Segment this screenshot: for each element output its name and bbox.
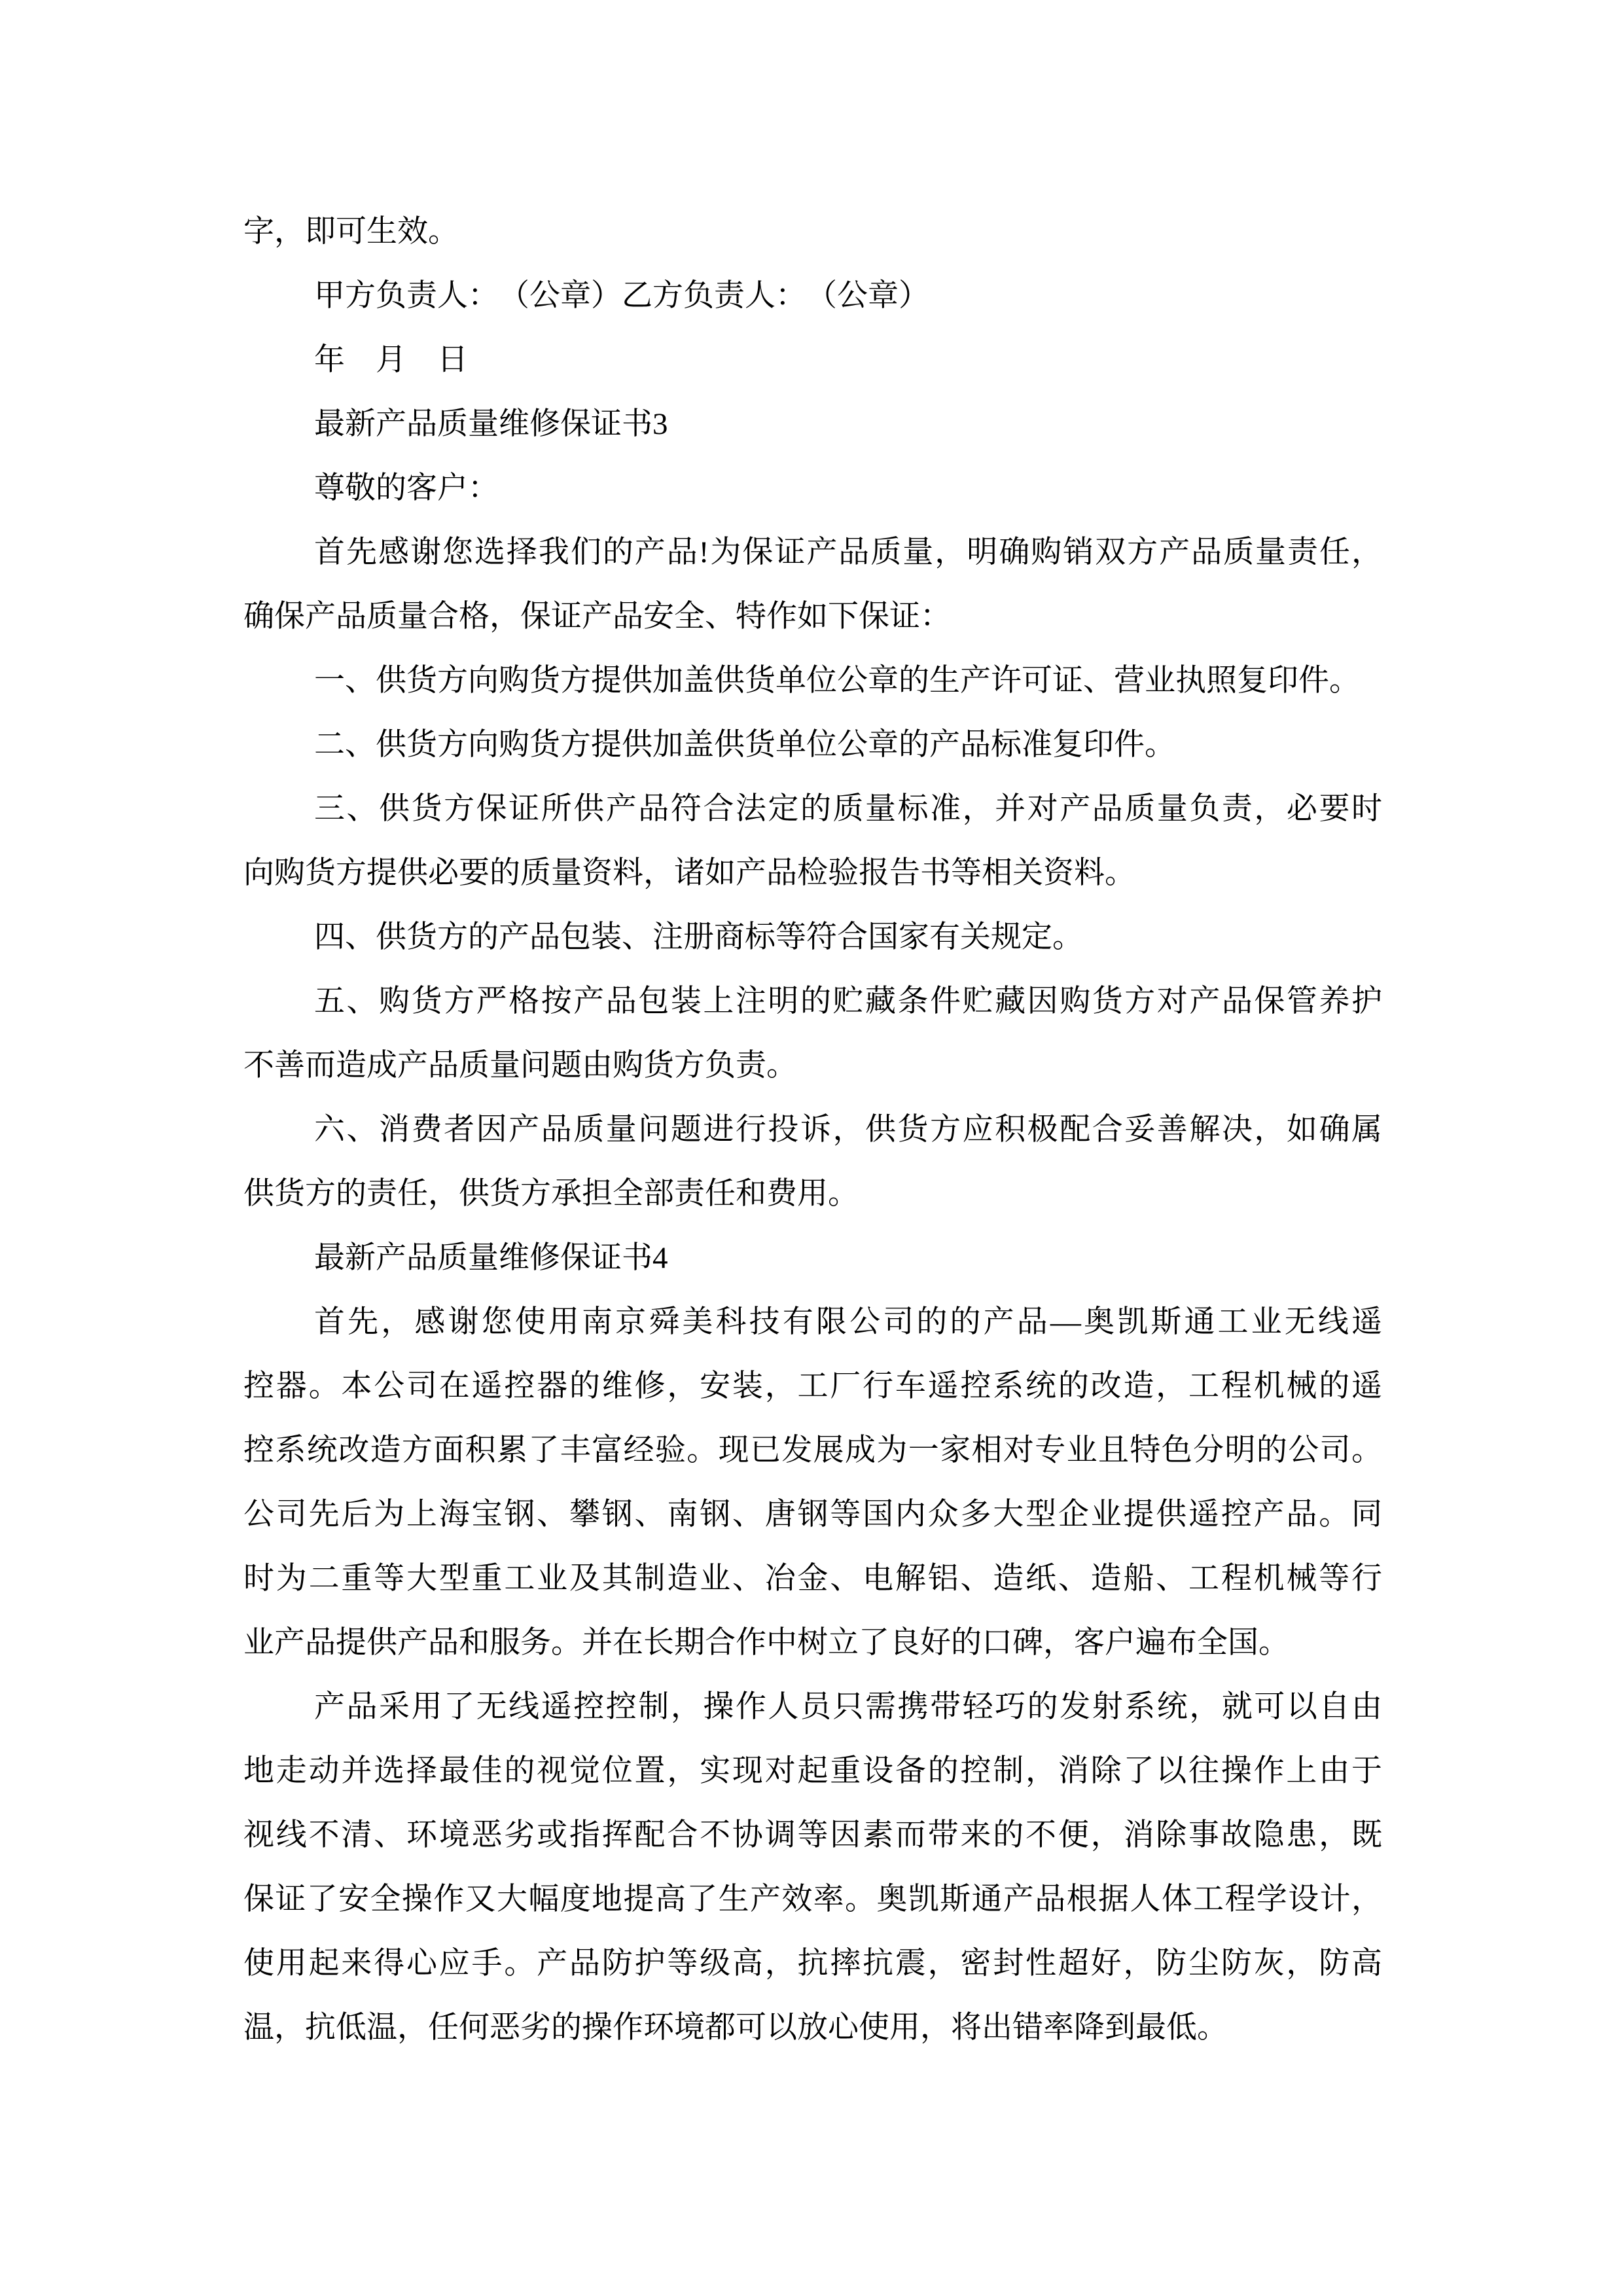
text-line: 四、供货方的产品包装、注册商标等符合国家有关规定。 (243, 905, 1382, 969)
text-line: 时为二重等大型重工业及其制造业、冶金、电解铝、造纸、造船、工程机械等行 (243, 1547, 1382, 1611)
text-line: 年 月 日 (243, 328, 1382, 392)
text-line: 公司先后为上海宝钢、攀钢、南钢、唐钢等国内众多大型企业提供遥控产品。同 (243, 1482, 1382, 1547)
text-line: 向购货方提供必要的质量资料，诸如产品检验报告书等相关资料。 (243, 841, 1382, 905)
text-line: 首先感谢您选择我们的产品!为保证产品质量，明确购销双方产品质量责任， (243, 520, 1382, 584)
text-line: 保证了安全操作又大幅度地提高了生产效率。奥凯斯通产品根据人体工程学设计， (243, 1867, 1382, 1931)
text-line: 尊敬的客户： (243, 456, 1382, 520)
text-line: 业产品提供产品和服务。并在长期合作中树立了良好的口碑，客户遍布全国。 (243, 1611, 1382, 1675)
document-page: 字，即可生效。甲方负责人： （公章）乙方负责人： （公章）年 月 日最新产品质量… (0, 0, 1623, 2296)
text-line: 温，抗低温，任何恶劣的操作环境都可以放心使用，将出错率降到最低。 (243, 1996, 1382, 2060)
text-line: 地走动并选择最佳的视觉位置，实现对起重设备的控制，消除了以往操作上由于 (243, 1739, 1382, 1803)
text-line: 最新产品质量维修保证书3 (243, 392, 1382, 456)
text-line: 产品采用了无线遥控控制，操作人员只需携带轻巧的发射系统，就可以自由 (243, 1675, 1382, 1739)
text-line: 六、消费者因产品质量问题进行投诉，供货方应积极配合妥善解决，如确属 (243, 1098, 1382, 1162)
text-line: 控器。本公司在遥控器的维修，安装，工厂行车遥控系统的改造，工程机械的遥 (243, 1354, 1382, 1418)
text-line: 五、购货方严格按产品包装上注明的贮藏条件贮藏因购货方对产品保管养护 (243, 969, 1382, 1033)
text-line: 不善而造成产品质量问题由购货方负责。 (243, 1033, 1382, 1098)
text-line: 确保产品质量合格，保证产品安全、特作如下保证： (243, 584, 1382, 649)
document-body: 字，即可生效。甲方负责人： （公章）乙方负责人： （公章）年 月 日最新产品质量… (243, 200, 1382, 2060)
text-line: 首先，感谢您使用南京舜美科技有限公司的的产品—奥凯斯通工业无线遥 (243, 1290, 1382, 1354)
text-line: 一、供货方向购货方提供加盖供货单位公章的生产许可证、营业执照复印件。 (243, 649, 1382, 713)
text-line: 视线不清、环境恶劣或指挥配合不协调等因素而带来的不便，消除事故隐患，既 (243, 1803, 1382, 1867)
text-line: 甲方负责人： （公章）乙方负责人： （公章） (243, 264, 1382, 328)
text-line: 最新产品质量维修保证书4 (243, 1226, 1382, 1290)
text-line: 控系统改造方面积累了丰富经验。现已发展成为一家相对专业且特色分明的公司。 (243, 1418, 1382, 1482)
text-line: 二、供货方向购货方提供加盖供货单位公章的产品标准复印件。 (243, 713, 1382, 777)
text-line: 三、供货方保证所供产品符合法定的质量标准，并对产品质量负责，必要时 (243, 777, 1382, 841)
text-line: 使用起来得心应手。产品防护等级高，抗摔抗震，密封性超好，防尘防灰，防高 (243, 1931, 1382, 1996)
text-line: 供货方的责任，供货方承担全部责任和费用。 (243, 1162, 1382, 1226)
text-line: 字，即可生效。 (243, 200, 1382, 264)
